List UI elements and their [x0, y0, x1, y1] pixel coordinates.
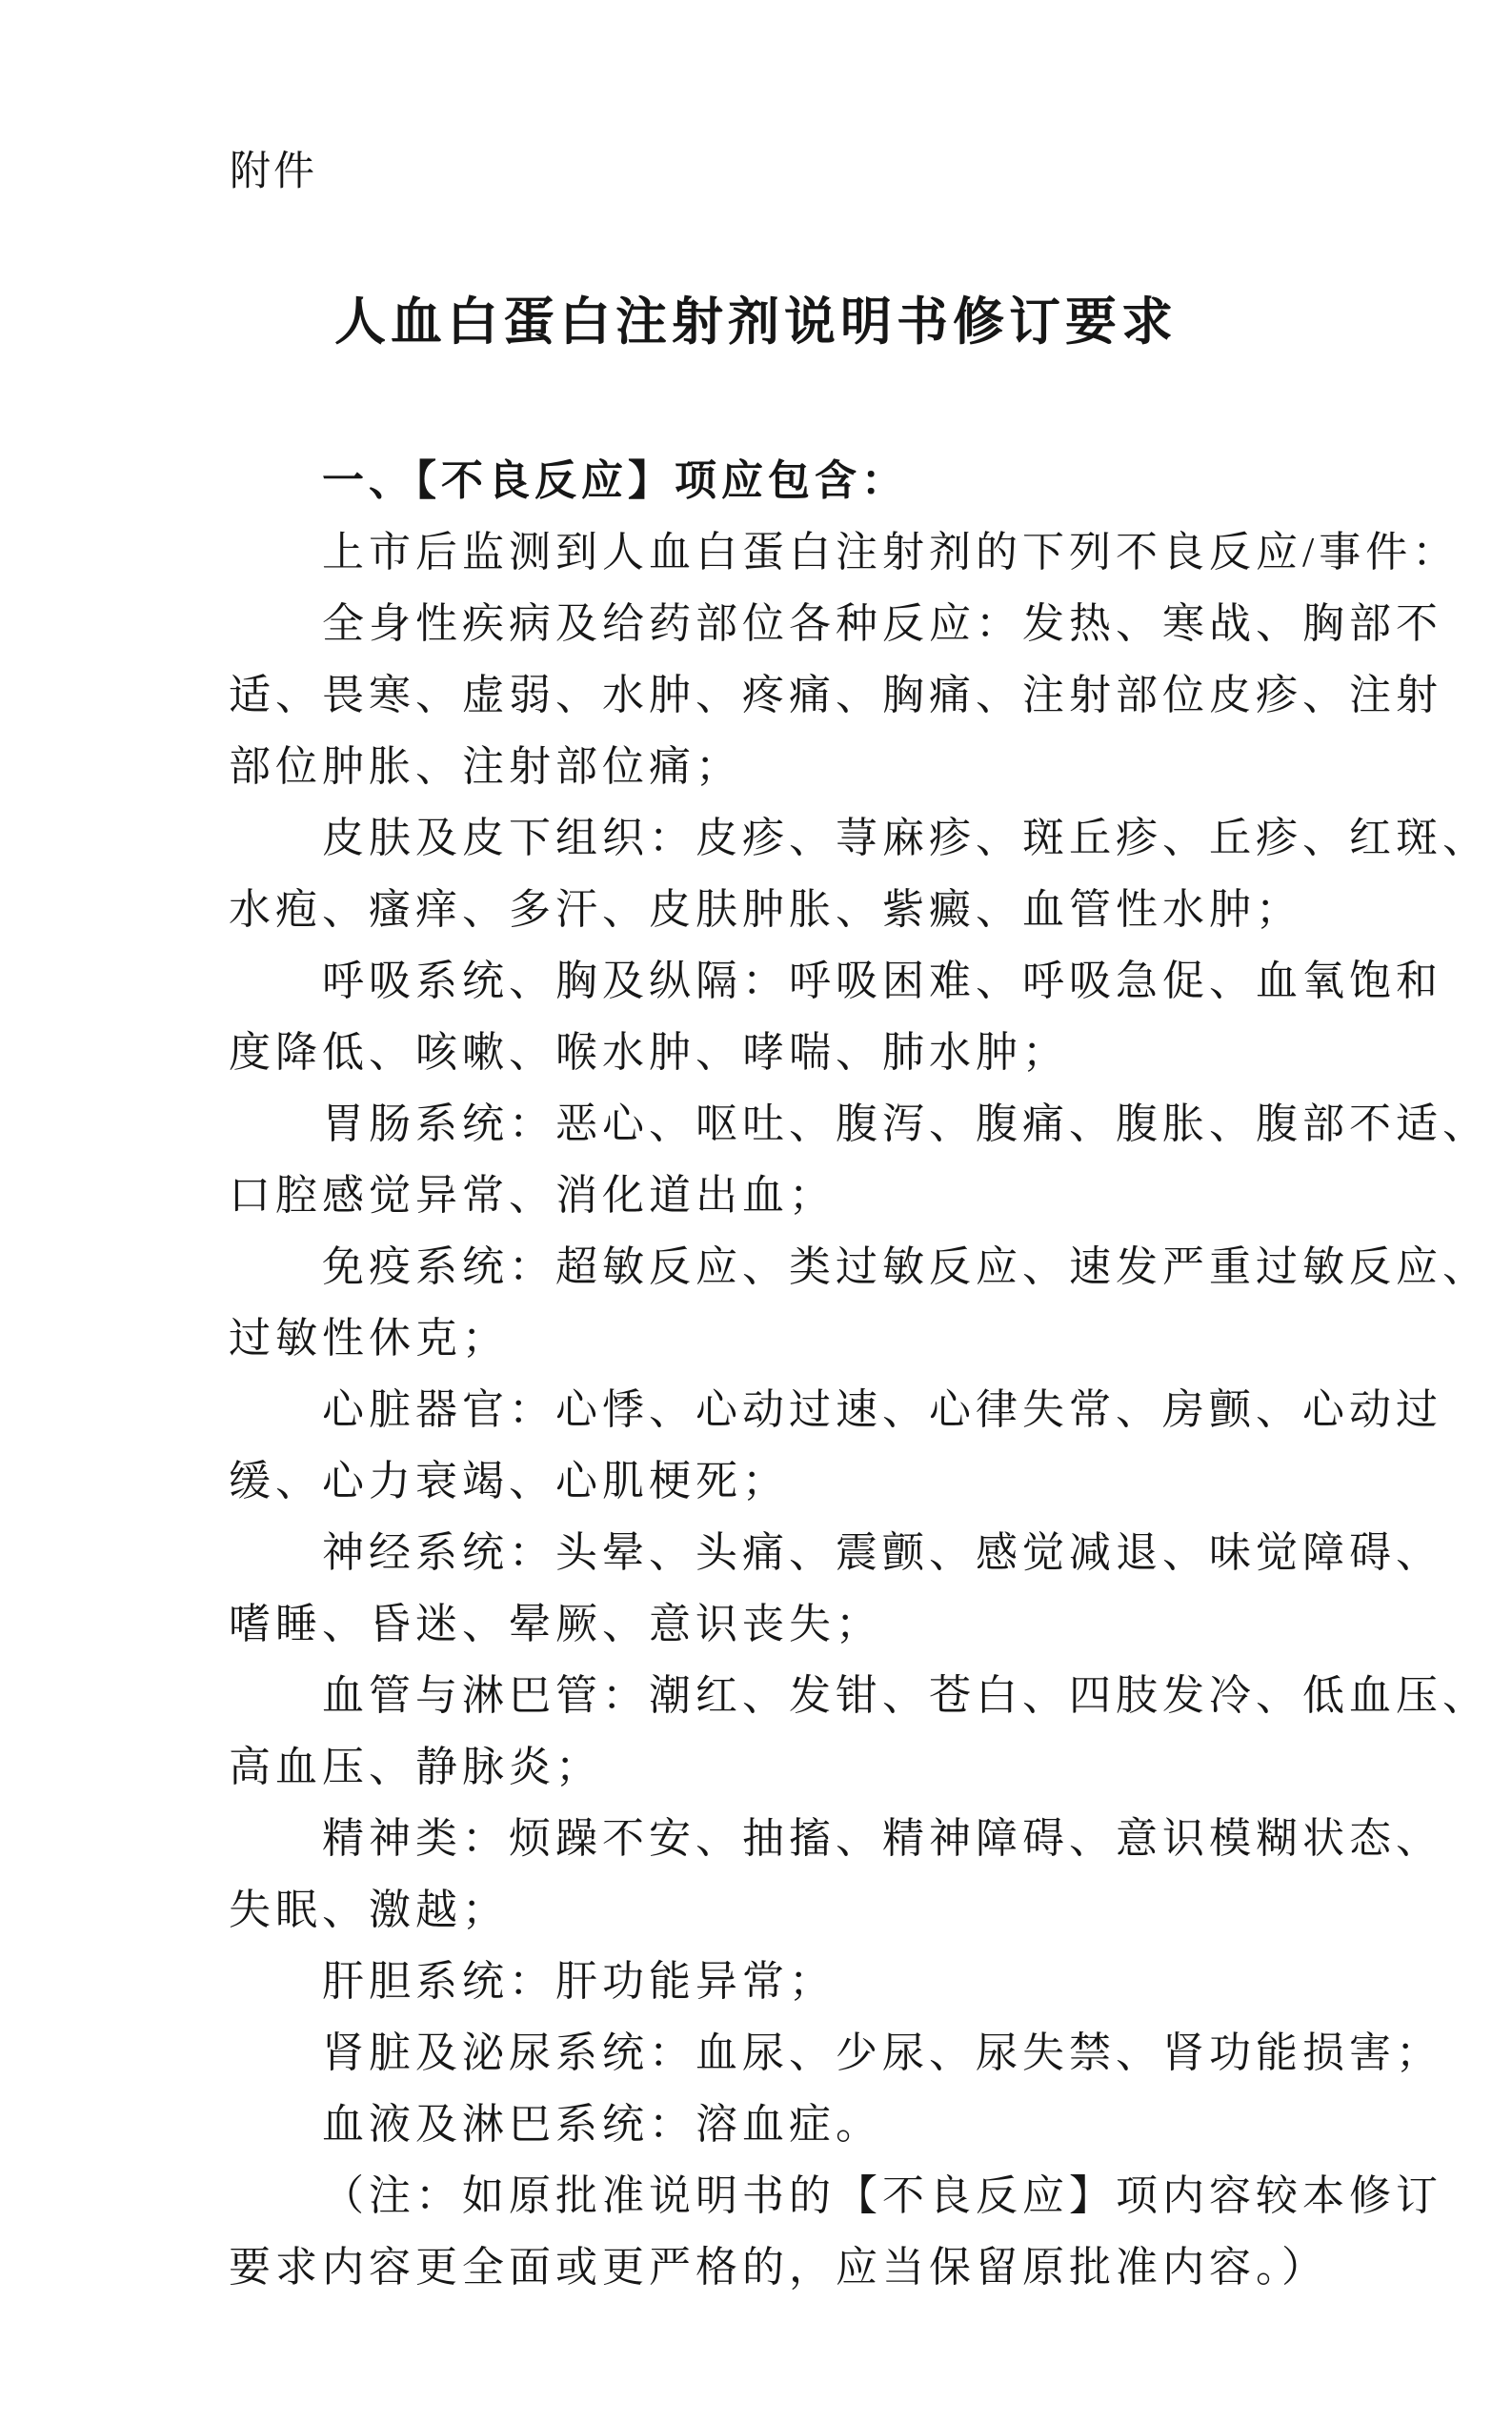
body-text-line: 口腔感觉异常、消化道出血； [229, 1160, 1369, 1231]
body-text-line: 高血压、静脉炎； [229, 1731, 1369, 1803]
body-text-line: 呼吸系统、胸及纵隔：呼吸困难、呼吸急促、血氧饱和 [229, 945, 1369, 1017]
body-text-line: 嗜睡、昏迷、晕厥、意识丧失； [229, 1588, 1369, 1660]
section-heading-line: 一、【不良反应】项应包含： [229, 445, 1369, 516]
body-text-line: 上市后监测到人血白蛋白注射剂的下列不良反应/事件： [229, 516, 1369, 588]
body-text-line: 要求内容更全面或更严格的，应当保留原批准内容。） [229, 2231, 1369, 2303]
body-text-line: （注：如原批准说明书的【不良反应】项内容较本修订 [229, 2160, 1369, 2231]
body-text-line: 神经系统：头晕、头痛、震颤、感觉减退、味觉障碍、 [229, 1517, 1369, 1588]
body-text-line: 胃肠系统：恶心、呕吐、腹泻、腹痛、腹胀、腹部不适、 [229, 1088, 1369, 1160]
body-text-line: 水疱、瘙痒、多汗、皮肤肿胀、紫癜、血管性水肿； [229, 874, 1369, 945]
body-text-line: 适、畏寒、虚弱、水肿、疼痛、胸痛、注射部位皮疹、注射 [229, 659, 1369, 731]
body-text-line: 心脏器官：心悸、心动过速、心律失常、房颤、心动过 [229, 1374, 1369, 1445]
body-text-line: 血管与淋巴管：潮红、发钳、苍白、四肢发冷、低血压、 [229, 1660, 1369, 1731]
document-page: 附件 人血白蛋白注射剂说明书修订要求 一、【不良反应】项应包含：上市后监测到人血… [0, 0, 1512, 2423]
body-text-line: 精神类：烦躁不安、抽搐、精神障碍、意识模糊状态、 [229, 1803, 1369, 1874]
body-text-line: 肾脏及泌尿系统：血尿、少尿、尿失禁、肾功能损害； [229, 2017, 1369, 2089]
body-text-line: 免疫系统：超敏反应、类过敏反应、速发严重过敏反应、 [229, 1231, 1369, 1302]
body-text-line: 过敏性休克； [229, 1302, 1369, 1374]
body-text-line: 血液及淋巴系统：溶血症。 [229, 2089, 1369, 2160]
body-text-line: 度降低、咳嗽、喉水肿、哮喘、肺水肿； [229, 1017, 1369, 1088]
body-text-line: 缓、心力衰竭、心肌梗死； [229, 1445, 1369, 1517]
document-title: 人血白蛋白注射剂说明书修订要求 [0, 292, 1512, 353]
attachment-label: 附件 [230, 150, 317, 194]
body-text-line: 肝胆系统：肝功能异常； [229, 1946, 1369, 2017]
body-text-line: 失眠、激越； [229, 1874, 1369, 1946]
body-text-line: 皮肤及皮下组织：皮疹、荨麻疹、斑丘疹、丘疹、红斑、 [229, 802, 1369, 874]
document-body: 一、【不良反应】项应包含：上市后监测到人血白蛋白注射剂的下列不良反应/事件：全身… [229, 445, 1369, 2303]
body-text-line: 部位肿胀、注射部位痛； [229, 731, 1369, 802]
body-text-line: 全身性疾病及给药部位各种反应：发热、寒战、胸部不 [229, 588, 1369, 659]
